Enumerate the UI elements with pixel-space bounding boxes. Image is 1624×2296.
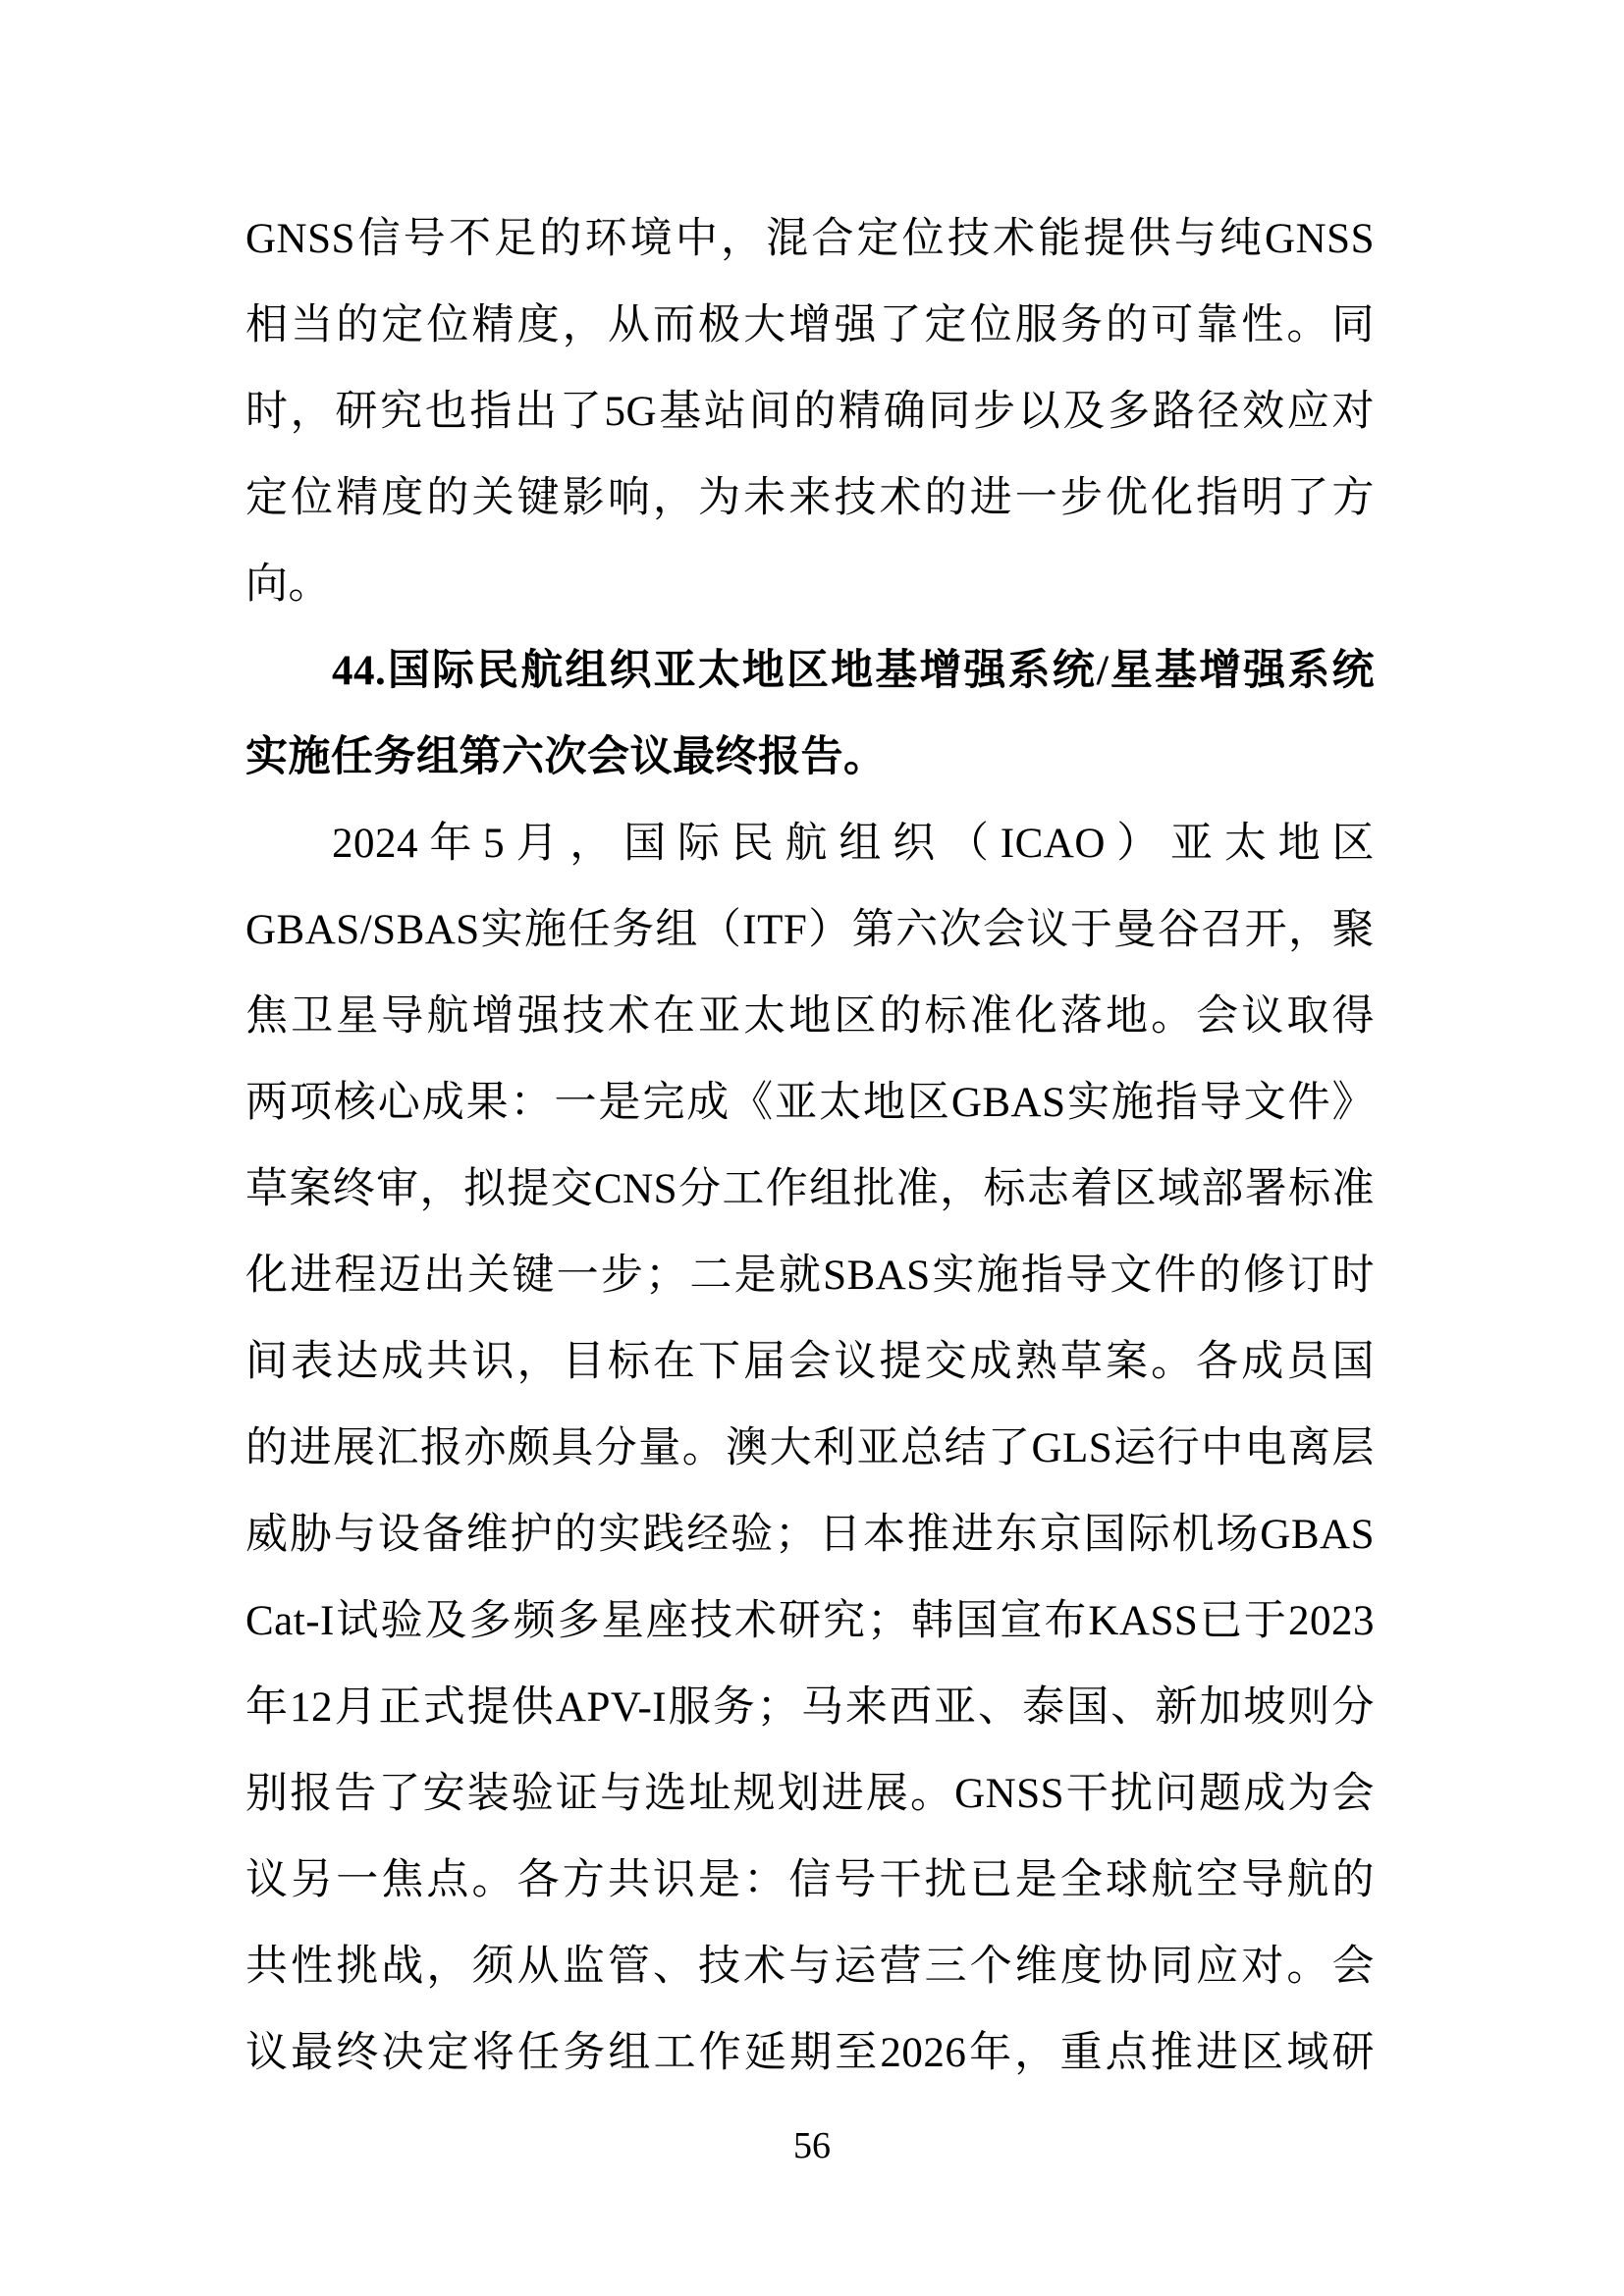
page-body: GNSS信号不足的环境中，混合定位技术能提供与纯GNSS 相当的定位精度，从而极… [245,196,1375,2097]
paragraph-line: 化进程迈出关键一步；二是就SBAS实施指导文件的修订时 [245,1233,1375,1319]
paragraph-line: 时，研究也指出了5G基站间的精确同步以及多路径效应对 [245,369,1375,455]
paragraph-line: 威胁与设备维护的实践经验；日本推进东京国际机场GBAS [245,1492,1375,1578]
paragraph-line: 两项核心成果：一是完成《亚太地区GBAS实施指导文件》 [245,1060,1375,1147]
section-heading-line: 44.国际民航组织亚太地区地基增强系统/星基增强系统 [245,628,1375,715]
paragraph-line: 定位精度的关键影响，为未来技术的进一步优化指明了方 [245,455,1375,542]
paragraph-line: Cat-I试验及多频多星座技术研究；韩国宣布KASS已于2023 [245,1578,1375,1665]
paragraph-line: 向。 [245,542,1375,628]
paragraph-line: 别报告了安装验证与选址规划进展。GNSS干扰问题成为会 [245,1751,1375,1838]
paragraph-line: 间表达成共识，目标在下届会议提交成熟草案。各成员国 [245,1319,1375,1406]
paragraph-line: 相当的定位精度，从而极大增强了定位服务的可靠性。同 [245,283,1375,369]
paragraph-line: 焦卫星导航增强技术在亚太地区的标准化落地。会议取得 [245,974,1375,1060]
paragraph-line: 的进展汇报亦颇具分量。澳大利亚总结了GLS运行中电离层 [245,1406,1375,1492]
section-heading-line: 实施任务组第六次会议最终报告。 [245,715,1375,801]
page-number: 56 [0,2116,1624,2175]
paragraph-line: 年12月正式提供APV-I服务；马来西亚、泰国、新加坡则分 [245,1665,1375,1751]
paragraph-line: GBAS/SBAS实施任务组（ITF）第六次会议于曼谷召开，聚 [245,887,1375,974]
paragraph-line: 2024年5月，国际民航组织（ICAO）亚太地区 [245,801,1375,887]
document-page: GNSS信号不足的环境中，混合定位技术能提供与纯GNSS 相当的定位精度，从而极… [0,0,1624,2296]
paragraph-line: 议另一焦点。各方共识是：信号干扰已是全球航空导航的 [245,1838,1375,1924]
paragraph-line: 议最终决定将任务组工作延期至2026年，重点推进区域研 [245,2010,1375,2097]
paragraph-line: 共性挑战，须从监管、技术与运营三个维度协同应对。会 [245,1924,1375,2010]
paragraph-line: GNSS信号不足的环境中，混合定位技术能提供与纯GNSS [245,196,1375,283]
paragraph-line: 草案终审，拟提交CNS分工作组批准，标志着区域部署标准 [245,1147,1375,1233]
